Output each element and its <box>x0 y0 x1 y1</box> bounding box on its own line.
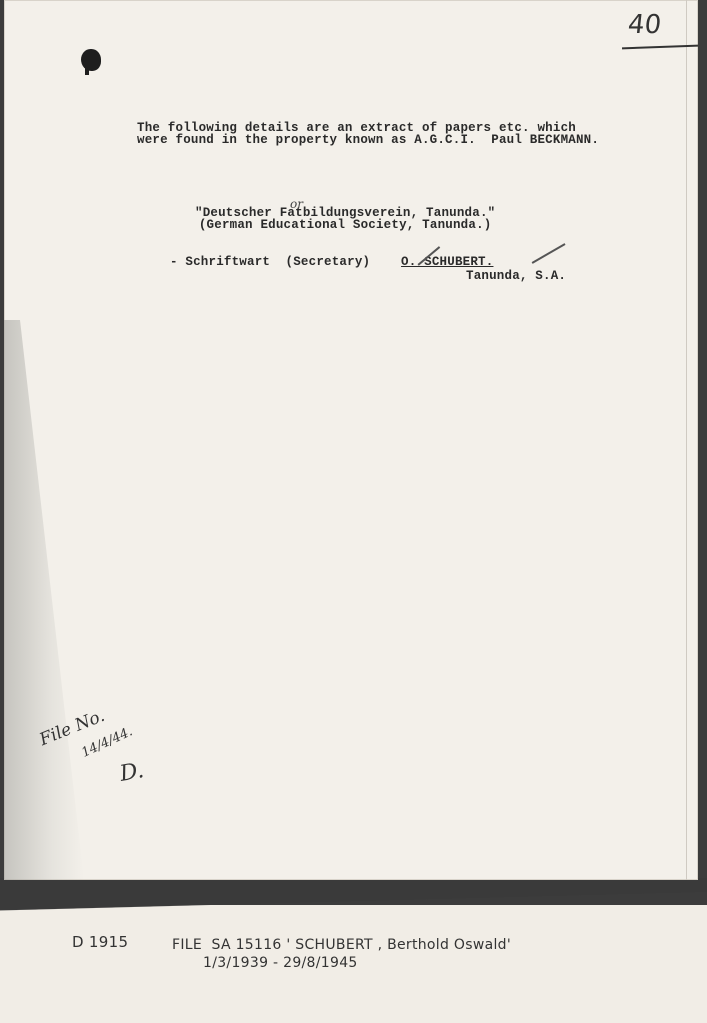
secretary-label: - Schriftwart (Secretary) <box>170 255 378 269</box>
secretary-address: Tanunda, S.A. <box>466 270 566 282</box>
page-number: 40 <box>626 10 662 40</box>
intro-paragraph: The following details are an extract of … <box>137 122 599 146</box>
catalog-date-range: 1/3/1939 - 29/8/1945 <box>203 955 358 971</box>
society-name-english: (German Educational Society, Tanunda.) <box>199 218 492 232</box>
sheet-edge <box>686 0 687 880</box>
secretary-name: O. SCHUBERT. <box>401 255 493 269</box>
society-title: "Deutscher Fatbildungsverein, Tanunda." … <box>195 207 495 231</box>
initials-note: D. <box>118 758 146 787</box>
punch-hole-icon <box>81 49 101 71</box>
catalog-file-reference: FILE SA 15116 ' SCHUBERT , Berthold Oswa… <box>172 937 511 953</box>
catalog-id: D 1915 <box>72 933 128 951</box>
scan-shadow-band <box>0 878 707 918</box>
intro-line: were found in the property known as A.G.… <box>137 133 599 147</box>
secretary-line: - Schriftwart (Secretary) O. SCHUBERT. <box>170 256 493 268</box>
